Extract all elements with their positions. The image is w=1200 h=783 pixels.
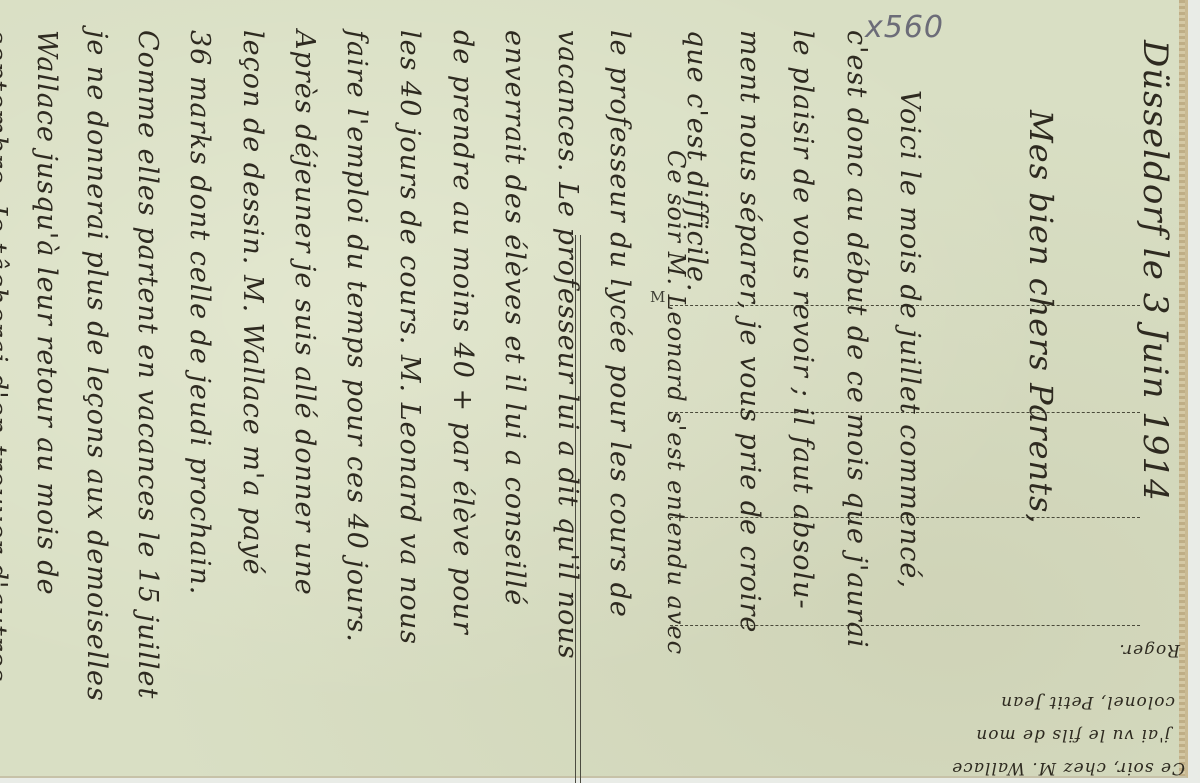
body-line: 36 marks dont celle de jeudi prochain.	[184, 30, 215, 595]
body-line: Ce soir M. Leonard s'est entendu avec	[662, 150, 690, 655]
body-line: Voici le mois de juillet commencé,	[894, 90, 925, 589]
body-line: de prendre au moins 40 + par élève pour	[447, 30, 478, 635]
body-line: septembre. Je tâcherai d'en trouver d'au…	[0, 30, 12, 683]
margin-note-line: colonel, Petit Jean	[1000, 692, 1175, 712]
body-line: vacances. Le professeur lui a dit qu'il …	[552, 30, 583, 660]
body-line: faire l'emploi du temps pour ces 40 jour…	[341, 30, 372, 643]
body-line: ment nous séparer, je vous prie de croir…	[734, 30, 765, 633]
margin-note-line: Roger.	[1118, 640, 1180, 660]
greeting: Mes bien chers Parents,	[1022, 110, 1060, 525]
body-line: Comme elles partent en vacances le 15 ju…	[132, 30, 163, 699]
body-line: enverrait des élèves et il lui a conseil…	[499, 30, 530, 606]
catalog-mark: x560	[865, 10, 944, 45]
body-line: les 40 jours de cours. M. Leonard va nou…	[394, 30, 425, 645]
margin-note-line: Ce soir, chez M. Wallace	[951, 758, 1185, 778]
body-line: c'est donc au début de ce mois que j'aur…	[841, 30, 872, 649]
body-line: le plaisir de vous revoir ; il faut abso…	[787, 30, 818, 610]
body-line: le professeur du lycée pour les cours de	[604, 30, 635, 618]
margin-note-line: j'ai vu le fils de mon	[975, 725, 1170, 745]
postcard: x560 M Düsseldorf le 3 Juin 1914 Mes bie…	[0, 0, 1188, 778]
body-line: Après déjeuner je suis allé donner une	[289, 30, 320, 596]
body-line: je ne donnerai plus de leçons aux demois…	[81, 30, 112, 702]
body-line: Wallace jusqu'à leur retour au mois de	[31, 30, 62, 596]
place-date: Düsseldorf le 3 Juin 1914	[1135, 40, 1175, 502]
body-line: leçon de dessin. M. Wallace m'a payé	[237, 30, 268, 576]
